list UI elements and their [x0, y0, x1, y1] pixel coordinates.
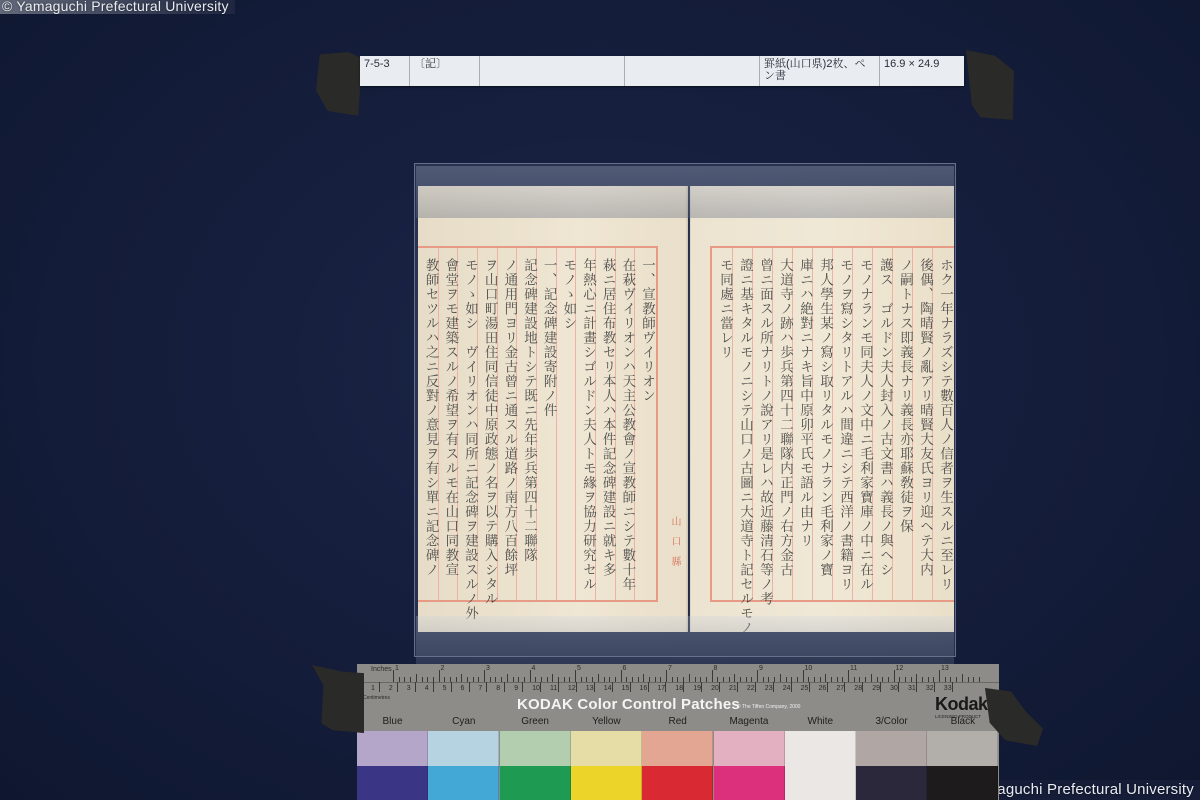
- patch-label-cyan: Cyan: [428, 716, 499, 727]
- inch-minor-tick: [461, 674, 462, 682]
- acrylic-band-bottom: [416, 616, 954, 668]
- kodak-logo: Kodak: [935, 694, 988, 715]
- patch-light-green: [500, 731, 571, 766]
- inch-tick: [848, 670, 849, 682]
- kodak-copyright: © The Tiffen Company, 2000: [737, 704, 800, 710]
- inch-tick: [393, 670, 394, 682]
- cm-tick: [880, 682, 881, 692]
- inch-minor-tick: [825, 674, 826, 682]
- patch-label-magenta: Magenta: [714, 716, 785, 727]
- patch-light-black: [927, 731, 998, 766]
- patch-light-3-color: [856, 731, 927, 766]
- inch-tick-label: 7: [668, 665, 672, 672]
- cm-tick: [755, 682, 756, 692]
- patch-dark-cyan: [428, 766, 499, 800]
- inches-label: Inches: [371, 666, 392, 673]
- patch-light-cyan: [428, 731, 499, 766]
- cm-tick: [737, 682, 738, 692]
- cm-tick-label: 27: [836, 685, 844, 692]
- cm-tick: [451, 682, 452, 692]
- cm-tick-label: 24: [783, 685, 791, 692]
- cm-tick-label: 28: [854, 685, 862, 692]
- kodak-color-card: Inches12345678910111213 1234567891011121…: [357, 664, 999, 800]
- inch-tick: [712, 670, 713, 682]
- handwritten-column: 後偶、陶晴賢ノ亂アリ晴賢大友氏ヨリ迎ヘテ大内: [913, 258, 933, 577]
- cm-tick-label: 9: [514, 685, 518, 692]
- cm-tick: [469, 682, 470, 692]
- handwritten-column: 邦人學生某ノ寫シ取リタルモノナラン毛利家ノ寶: [813, 258, 833, 577]
- inch-tick-label: 6: [623, 665, 627, 672]
- cm-tick: [791, 682, 792, 692]
- handwritten-column: モノゝ如シ ヴイリオンハ同所ニ記念碑ヲ建設スルノ外: [458, 258, 478, 621]
- handwritten-column: 在萩ヴイリオンハ天主公教會ノ宣教師ニシテ數十年: [616, 258, 636, 592]
- cm-tick: [504, 682, 505, 692]
- cm-tick-label: 1: [371, 685, 375, 692]
- handwritten-column: 記念碑建設地トシテ既ニ先年歩兵第四十二聯隊: [517, 258, 537, 563]
- inch-tick-label: 2: [441, 665, 445, 672]
- inch-tick: [757, 670, 758, 682]
- inch-tick: [803, 670, 804, 682]
- cm-tick: [522, 682, 523, 692]
- cm-tick-label: 33: [944, 685, 952, 692]
- ruler-inches: Inches12345678910111213: [357, 664, 999, 683]
- inch-minor-tick: [643, 674, 644, 682]
- patch-light-white: [785, 731, 856, 800]
- cm-tick-label: 20: [711, 685, 719, 692]
- patch-dark-blue: [357, 766, 428, 800]
- cm-tick-label: 12: [568, 685, 576, 692]
- inch-tick-label: 1: [395, 665, 399, 672]
- cm-tick-label: 4: [425, 685, 429, 692]
- cm-tick-label: 7: [478, 685, 482, 692]
- patch-dark-green: [500, 766, 571, 800]
- inch-tick-label: 8: [714, 665, 718, 672]
- ruler-centimetres: 1234567891011121314151617181920212223242…: [357, 682, 999, 696]
- patch-light-blue: [357, 731, 428, 766]
- cm-tick: [415, 682, 416, 692]
- catalog-blank-1: [480, 56, 625, 86]
- inch-tick: [530, 670, 531, 682]
- catalog-material: 罫紙(山口県)2枚、ペン書: [760, 56, 880, 86]
- inch-minor-tick: [598, 674, 599, 682]
- cm-tick: [630, 682, 631, 692]
- cm-tick-label: 5: [443, 685, 447, 692]
- catalog-title: 〔記〕: [410, 56, 480, 86]
- document-page-left: 一、宣教師ヴイリオン在萩ヴイリオンハ天主公教會ノ宣教師ニシテ數十年萩ニ居住布教セ…: [418, 186, 688, 632]
- handwritten-column: 護ス ゴルドン夫人封入ノ古文書ハ義長ノ與ヘシ: [873, 258, 893, 577]
- patch-label-white: White: [785, 716, 856, 727]
- handwritten-column: モノゝ如シ: [557, 258, 577, 331]
- cm-tick-label: 16: [640, 685, 648, 692]
- inch-tick-label: 5: [577, 665, 581, 672]
- patch-label-green: Green: [500, 716, 571, 727]
- cm-tick-label: 3: [407, 685, 411, 692]
- handwritten-column: ヲ山口町湯田住同信徒中原政態ノ名ヲ以テ購入シタル: [478, 258, 498, 606]
- handwritten-column: 一、記念碑建設寄附ノ件: [537, 258, 557, 418]
- patch-label-blue: Blue: [357, 716, 428, 727]
- tape-bottom-left: [312, 665, 364, 733]
- cm-tick-label: 11: [550, 685, 557, 692]
- cm-tick: [827, 682, 828, 692]
- inch-tick-label: 13: [941, 665, 949, 672]
- cm-tick: [916, 682, 917, 692]
- cm-tick: [862, 682, 863, 692]
- inch-minor-tick: [962, 674, 963, 682]
- cm-tick-label: 31: [908, 685, 916, 692]
- handwritten-column: 會堂ヲモ建築スルノ希望ヲ有スルモ在山口同教宣: [439, 258, 459, 577]
- catalog-label-strip: 7-5-3 〔記〕 罫紙(山口県)2枚、ペン書 16.9 × 24.9: [360, 56, 964, 86]
- cm-tick: [433, 682, 434, 692]
- cm-tick: [898, 682, 899, 692]
- document-page-right: ホク一年ナラズシテ數百人ノ信者ヲ生スルニ至レリ後偶、陶晴賢ノ亂アリ晴賢大友氏ヨリ…: [690, 186, 954, 632]
- handwritten-column: 一、宣教師ヴイリオン: [635, 258, 655, 403]
- cm-tick-label: 26: [819, 685, 827, 692]
- cm-tick-label: 23: [765, 685, 773, 692]
- handwritten-column: ノ通用門ヨリ金古曾ニ通スル道路ノ南方八百餘坪: [498, 258, 518, 577]
- acrylic-band-top: [416, 166, 954, 218]
- patch-dark-red: [642, 766, 713, 800]
- inch-tick-label: 11: [850, 665, 857, 672]
- inch-minor-tick: [507, 674, 508, 682]
- catalog-size: 16.9 × 24.9: [880, 56, 964, 86]
- patch-label-yellow: Yellow: [571, 716, 642, 727]
- cm-tick: [701, 682, 702, 692]
- handwritten-column: モノナランモ同夫人ノ文中ニ毛利家寶庫ノ中ニ在ル: [853, 258, 873, 592]
- copyright-watermark-top: © Yamaguchi Prefectural University: [0, 0, 235, 14]
- cm-tick: [576, 682, 577, 692]
- patch-dark-magenta: [714, 766, 785, 800]
- cm-tick: [379, 682, 380, 692]
- inch-tick-label: 12: [896, 665, 904, 672]
- cm-tick: [594, 682, 595, 692]
- inch-tick: [666, 670, 667, 682]
- cm-tick-label: 30: [890, 685, 898, 692]
- cm-tick-label: 10: [532, 685, 540, 692]
- cm-tick: [558, 682, 559, 692]
- cm-tick-label: 13: [586, 685, 594, 692]
- handwritten-column: 年熱心ニ計畫シゴルドン夫人トモ緣ヲ協力研究セル: [576, 258, 596, 592]
- patch-label-3-color: 3/Color: [856, 716, 927, 727]
- cm-tick: [934, 682, 935, 692]
- handwritten-column: ノ嗣トナス即義長ナリ義長亦耶蘇敎徒ヲ保: [893, 258, 913, 534]
- cm-tick-label: 19: [693, 685, 701, 692]
- inch-tick: [575, 670, 576, 682]
- handwritten-column: 大道寺ノ跡ハ歩兵第四十二聯隊内正門ノ右方金古: [773, 258, 793, 577]
- cm-tick-label: 32: [926, 685, 934, 692]
- patch-light-magenta: [714, 731, 785, 766]
- inch-minor-tick: [416, 674, 417, 682]
- inch-tick-label: 3: [486, 665, 490, 672]
- cm-tick: [844, 682, 845, 692]
- handwritten-column: 教師セツルハ之ニ反對ノ意見ヲ有シ單ニ記念碑ノ: [419, 258, 439, 577]
- cm-tick-label: 29: [872, 685, 880, 692]
- cm-tick: [665, 682, 666, 692]
- patch-dark-yellow: [571, 766, 642, 800]
- catalog-blank-2: [625, 56, 760, 86]
- cm-tick: [648, 682, 649, 692]
- cm-tick: [809, 682, 810, 692]
- patch-light-yellow: [571, 731, 642, 766]
- patch-dark-black: [927, 766, 998, 800]
- cm-label: Centimetres: [363, 695, 390, 701]
- inch-minor-tick: [552, 674, 553, 682]
- tape-top-right: [966, 50, 1014, 120]
- cm-tick-label: 17: [657, 685, 665, 692]
- cm-tick: [952, 682, 953, 692]
- catalog-id: 7-5-3: [360, 56, 410, 86]
- inch-minor-tick: [780, 674, 781, 682]
- inch-tick: [621, 670, 622, 682]
- cm-tick-label: 2: [389, 685, 393, 692]
- patch-label-black: Black: [927, 716, 998, 727]
- handwritten-column: モノヲ寫シタリトアルハ間違ニシテ西洋ノ書籍ヨリ: [833, 258, 853, 592]
- patch-dark-3-color: [856, 766, 927, 800]
- cm-tick: [486, 682, 487, 692]
- cm-tick-label: 21: [729, 685, 737, 692]
- handwritten-column: 庫ニハ絶對ニナキ旨中原卯平氏モ語ル由ナリ: [793, 258, 813, 548]
- cm-tick: [719, 682, 720, 692]
- cm-tick: [612, 682, 613, 692]
- inch-tick: [939, 670, 940, 682]
- cm-tick-label: 8: [496, 685, 500, 692]
- inch-minor-tick: [734, 674, 735, 682]
- paper-seal: 山口縣: [667, 516, 682, 576]
- handwritten-column: ホク一年ナラズシテ數百人ノ信者ヲ生スルニ至レリ: [933, 258, 953, 592]
- inch-tick-label: 10: [805, 665, 813, 672]
- cm-tick-label: 6: [461, 685, 465, 692]
- inch-minor-tick: [871, 674, 872, 682]
- inch-tick: [894, 670, 895, 682]
- ruled-frame-left: 一、宣教師ヴイリオン在萩ヴイリオンハ天主公教會ノ宣教師ニシテ數十年萩ニ居住布教セ…: [418, 246, 658, 602]
- handwritten-column: 萩ニ居住布教セリ本人ハ本件記念碑建設ニ就キ多: [596, 258, 616, 577]
- inch-tick: [439, 670, 440, 682]
- inch-minor-tick: [689, 674, 690, 682]
- patch-label-red: Red: [642, 716, 713, 727]
- cm-tick: [397, 682, 398, 692]
- kodak-title: KODAK Color Control Patches: [517, 696, 740, 713]
- inch-tick-label: 4: [532, 665, 536, 672]
- cm-tick-label: 14: [604, 685, 612, 692]
- handwritten-column: モ同處ニ當レリ: [713, 258, 733, 360]
- cm-tick: [540, 682, 541, 692]
- page-fold: [686, 186, 692, 632]
- ruled-frame-right: ホク一年ナラズシテ數百人ノ信者ヲ生スルニ至レリ後偶、陶晴賢ノ亂アリ晴賢大友氏ヨリ…: [710, 246, 954, 602]
- inch-tick-label: 9: [759, 665, 763, 672]
- cm-tick: [773, 682, 774, 692]
- handwritten-column: 證ニ基キタルモノニシテ山口ノ古圖ニ大道寺ト記セルモノ: [733, 258, 753, 635]
- tape-top-left: [316, 52, 362, 116]
- patch-light-red: [642, 731, 713, 766]
- cm-tick-label: 25: [801, 685, 809, 692]
- cm-tick: [683, 682, 684, 692]
- cm-tick-label: 22: [747, 685, 755, 692]
- inch-minor-tick: [916, 674, 917, 682]
- cm-tick-label: 18: [675, 685, 683, 692]
- handwritten-column: 曾ニ面スル所ナリトノ說アリ是レハ故近藤清石等ノ考: [753, 258, 773, 606]
- cm-tick-label: 15: [622, 685, 630, 692]
- inch-tick: [484, 670, 485, 682]
